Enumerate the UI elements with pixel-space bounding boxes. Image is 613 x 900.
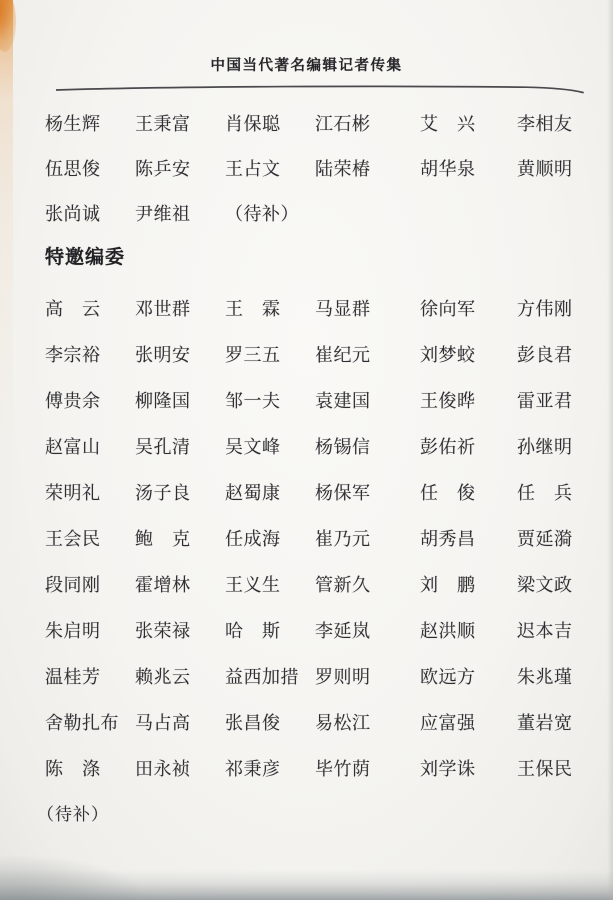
name-row: 温桂芳赖兆云益西加措罗则明欧远方朱兆瑾	[45, 653, 587, 699]
name-row: 傅贵余柳隆国邹一夫袁建国王俊晔雷亚君	[45, 377, 587, 423]
member-name: 段同刚	[45, 571, 135, 597]
scan-bottom-shadow	[0, 870, 613, 900]
member-name: 刘学诛	[420, 755, 517, 781]
member-name: 孙继明	[517, 433, 587, 459]
member-name: 王义生	[225, 571, 315, 597]
member-name: 艾 兴	[420, 110, 517, 136]
member-name: 高 云	[45, 295, 135, 321]
member-name: 刘 鹏	[420, 571, 517, 597]
member-name: 雷亚君	[517, 387, 587, 413]
name-row: 王会民鲍 克任成海崔乃元胡秀昌贾延漪	[45, 515, 587, 561]
member-name: 袁建国	[315, 387, 420, 413]
member-name: 王俊晔	[420, 387, 517, 413]
member-name: 温桂芳	[45, 663, 135, 689]
member-name: 迟本吉	[517, 617, 587, 643]
member-name: 荣明礼	[45, 479, 135, 505]
member-name: （待补）	[225, 200, 315, 226]
member-name: 朱兆瑾	[517, 663, 587, 689]
member-name: 罗则明	[315, 663, 420, 689]
member-name: 张荣禄	[135, 617, 225, 643]
member-name: 董岩宽	[517, 709, 587, 735]
member-name: 赵富山	[45, 433, 135, 459]
name-row: 荣明礼汤子良赵蜀康杨保军任 俊任 兵	[45, 469, 587, 515]
running-title: 中国当代著名编辑记者传集	[0, 54, 613, 75]
member-name: 欧远方	[420, 663, 517, 689]
name-row: 朱启明张荣禄哈 斯李延岚赵洪顺迟本吉	[45, 607, 587, 653]
section-title-invited-committee: 特邀编委	[45, 245, 587, 271]
header-rule	[56, 82, 584, 94]
member-name: 任成海	[225, 525, 315, 551]
member-name: 李延岚	[315, 617, 420, 643]
member-name: 贾延漪	[517, 525, 587, 551]
member-name: 张尚诚	[45, 200, 135, 226]
member-name: 吴孔清	[135, 433, 225, 459]
member-name: 陈 涤	[45, 755, 135, 781]
name-row: 段同刚霍增林王义生管新久刘 鹏梁文政	[45, 561, 587, 607]
member-name: 肖保聪	[225, 110, 315, 136]
member-name: 管新久	[315, 571, 420, 597]
member-name: 胡华泉	[420, 155, 517, 181]
scan-spine-shadow	[0, 0, 13, 560]
member-name: 王 霖	[225, 295, 315, 321]
member-name: 彭佑祈	[420, 433, 517, 459]
member-name: 王秉富	[135, 110, 225, 136]
member-name: 汤子良	[135, 479, 225, 505]
member-name: 罗三五	[225, 341, 315, 367]
member-name: 吴文峰	[225, 433, 315, 459]
member-name: 邓世群	[135, 295, 225, 321]
member-name: 毕竹荫	[315, 755, 420, 781]
member-name: 尹维祖	[135, 200, 225, 226]
invited-name-grid: 高 云邓世群王 霖马显群徐向军方伟刚李宗裕张明安罗三五崔纪元刘梦蛟彭良君傅贵余柳…	[45, 285, 587, 791]
member-name: 赖兆云	[135, 663, 225, 689]
member-name: 鲍 克	[135, 525, 225, 551]
member-name: 黄顺明	[517, 155, 587, 181]
member-name: 益西加措	[225, 663, 315, 689]
member-name: 李相友	[517, 110, 587, 136]
member-name: 舍勒扎布	[45, 709, 135, 735]
member-name: 赵洪顺	[420, 617, 517, 643]
member-name: 伍思俊	[45, 155, 135, 181]
member-name: 陆荣椿	[315, 155, 420, 181]
member-name: 柳隆国	[135, 387, 225, 413]
member-name: 易松江	[315, 709, 420, 735]
name-row: 舍勒扎布马占高张昌俊易松江应富强董岩宽	[45, 699, 587, 745]
member-name: 杨保军	[315, 479, 420, 505]
name-row: 伍思俊陈乒安王占文陆荣椿胡华泉黄顺明	[45, 145, 587, 190]
member-name: 应富强	[420, 709, 517, 735]
member-name: 刘梦蛟	[420, 341, 517, 367]
member-name: 杨生辉	[45, 110, 135, 136]
name-row: 陈 涤田永祯祁秉彦毕竹荫刘学诛王保民	[45, 745, 587, 791]
member-name: 梁文政	[517, 571, 587, 597]
member-name: 祁秉彦	[225, 755, 315, 781]
scan-right-edge-shadow	[607, 0, 613, 900]
member-name: 马显群	[315, 295, 420, 321]
member-name: 王会民	[45, 525, 135, 551]
scan-corner-stain	[0, 0, 16, 52]
member-name: 王保民	[517, 755, 587, 781]
member-name: 傅贵余	[45, 387, 135, 413]
member-name: 江石彬	[315, 110, 420, 136]
member-name: 方伟刚	[517, 295, 587, 321]
member-name: 胡秀昌	[420, 525, 517, 551]
member-name: 张明安	[135, 341, 225, 367]
scanned-book-page: 中国当代著名编辑记者传集 杨生辉王秉富肖保聪江石彬艾 兴李相友伍思俊陈乒安王占文…	[0, 0, 613, 900]
name-row: 赵富山吴孔清吴文峰杨锡信彭佑祈孙继明	[45, 423, 587, 469]
member-name: 任 俊	[420, 479, 517, 505]
header-rule-line	[56, 83, 584, 95]
member-name: 朱启明	[45, 617, 135, 643]
member-name: 张昌俊	[225, 709, 315, 735]
to-be-added-note: （待补）	[37, 800, 587, 825]
member-name: 哈 斯	[225, 617, 315, 643]
member-name: 赵蜀康	[225, 479, 315, 505]
member-name: 田永祯	[135, 755, 225, 781]
member-name: 任 兵	[517, 479, 587, 505]
member-name: 崔纪元	[315, 341, 420, 367]
member-name: 李宗裕	[45, 341, 135, 367]
name-row: 高 云邓世群王 霖马显群徐向军方伟刚	[45, 285, 587, 331]
member-name: 霍增林	[135, 571, 225, 597]
member-name: 陈乒安	[135, 155, 225, 181]
name-row: 李宗裕张明安罗三五崔纪元刘梦蛟彭良君	[45, 331, 587, 377]
name-row: 张尚诚尹维祖（待补）	[45, 190, 587, 235]
member-name: 王占文	[225, 155, 315, 181]
member-name: 杨锡信	[315, 433, 420, 459]
page-content: 杨生辉王秉富肖保聪江石彬艾 兴李相友伍思俊陈乒安王占文陆荣椿胡华泉黄顺明张尚诚尹…	[45, 100, 587, 825]
member-name: 马占高	[135, 709, 225, 735]
member-name: 徐向军	[420, 295, 517, 321]
member-name: 崔乃元	[315, 525, 420, 551]
member-name: 彭良君	[517, 341, 587, 367]
name-row: 杨生辉王秉富肖保聪江石彬艾 兴李相友	[45, 100, 587, 145]
top-name-grid: 杨生辉王秉富肖保聪江石彬艾 兴李相友伍思俊陈乒安王占文陆荣椿胡华泉黄顺明张尚诚尹…	[45, 100, 587, 235]
member-name: 邹一夫	[225, 387, 315, 413]
